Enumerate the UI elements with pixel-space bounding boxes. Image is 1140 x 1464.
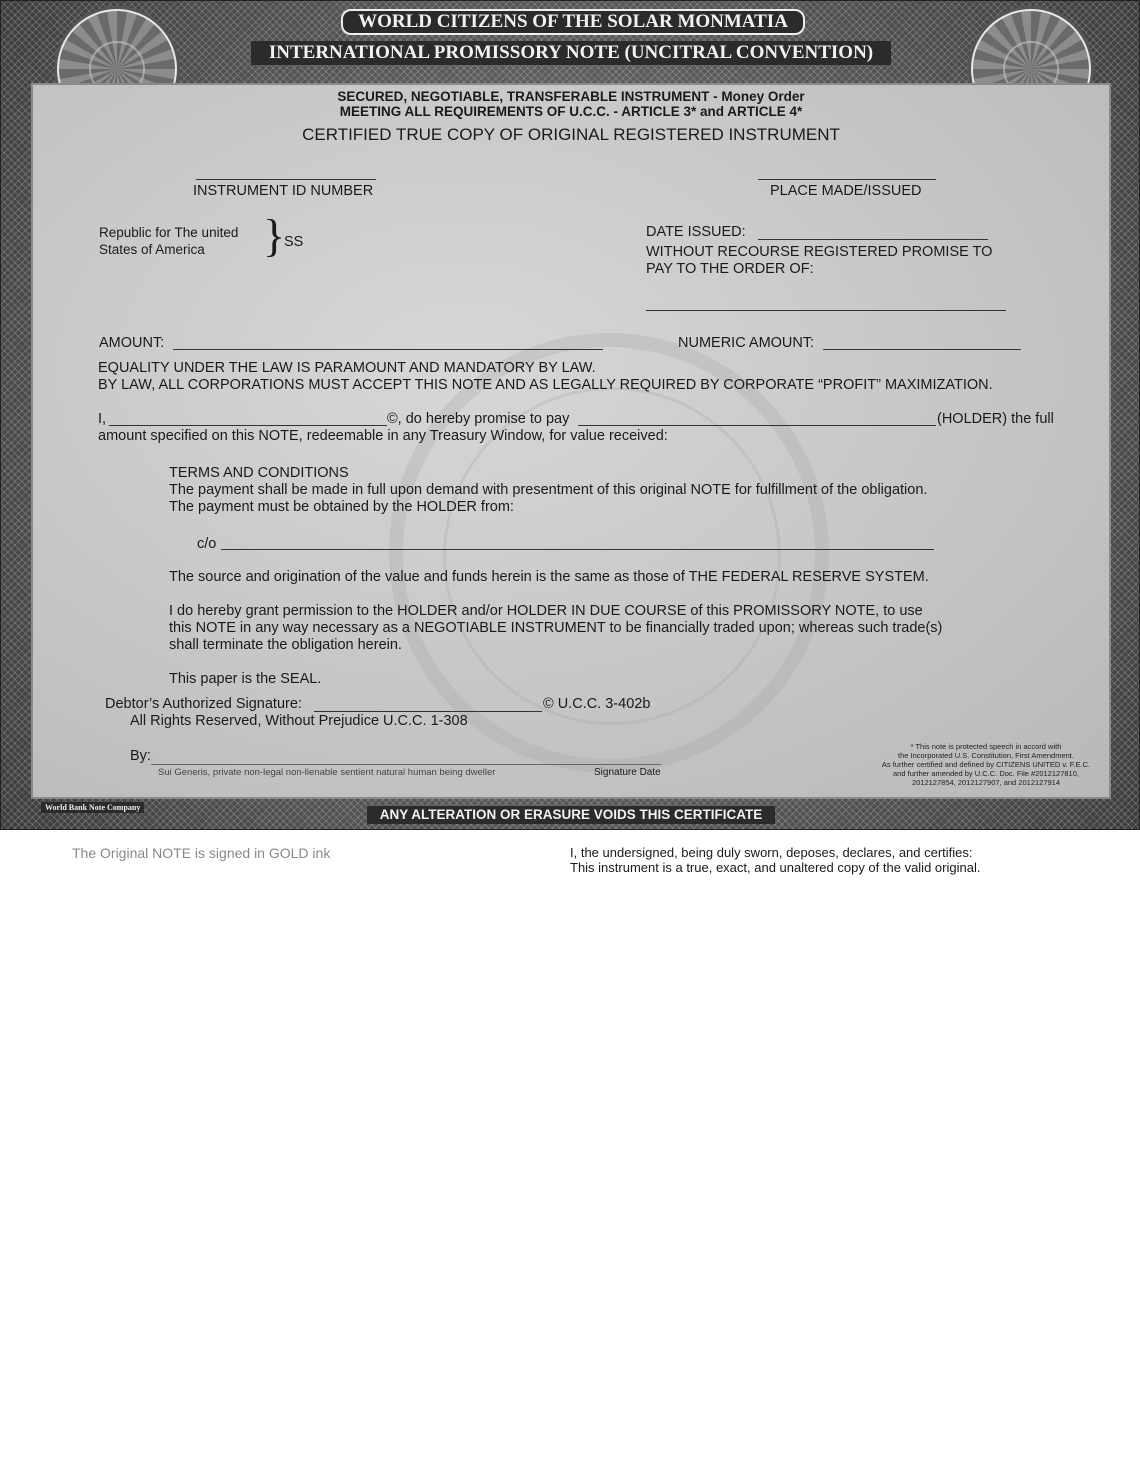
venue-line-1: Republic for The united — [99, 224, 238, 241]
care-of-field[interactable] — [221, 549, 934, 550]
certificate-frame: WORLD CITIZENS OF THE SOLAR MONMATIA INT… — [0, 0, 1140, 830]
amount-label: AMOUNT: — [99, 335, 164, 351]
date-issued-field[interactable] — [758, 239, 988, 240]
header-line-1: SECURED, NEGOTIABLE, TRANSFERABLE INSTRU… — [1, 89, 1140, 104]
promisor-name-field[interactable] — [109, 425, 387, 426]
gold-ink-note: The Original NOTE is signed in GOLD ink — [72, 845, 330, 861]
affidavit-line-2: This instrument is a true, exact, and un… — [570, 860, 980, 875]
terms-line-1: The payment shall be made in full upon d… — [169, 482, 927, 499]
promise-to-pay-block: WITHOUT RECOURSE REGISTERED PROMISE TO P… — [646, 244, 992, 278]
venue-ss: SS — [284, 234, 303, 250]
signature-date-label: Signature Date — [594, 767, 661, 778]
terms-line-2: The payment must be obtained by the HOLD… — [169, 499, 927, 516]
promise-to-pay-line-2: PAY TO THE ORDER OF: — [646, 261, 992, 278]
affidavit-statement: I, the undersigned, being duly sworn, de… — [570, 845, 980, 875]
affidavit-line-1: I, the undersigned, being duly sworn, de… — [570, 845, 980, 860]
venue-block: Republic for The united States of Americ… — [99, 224, 238, 258]
promise-to-pay-line-1: WITHOUT RECOURSE REGISTERED PROMISE TO — [646, 244, 992, 261]
place-issued-label: PLACE MADE/ISSUED — [770, 183, 922, 199]
terms-block: TERMS AND CONDITIONS The payment shall b… — [169, 465, 927, 516]
promise-holder-text: (HOLDER) the full — [937, 411, 1054, 427]
amount-field[interactable] — [173, 349, 603, 350]
footnote-line: 2012127854, 2012127907, and 2012127914 — [881, 778, 1091, 787]
debtor-signature-field[interactable] — [314, 711, 542, 712]
promise-middle-text: ©, do hereby promise to pay — [387, 411, 569, 427]
date-issued-label: DATE ISSUED: — [646, 224, 746, 240]
signature-label: Debtor’s Authorized Signature: — [105, 696, 302, 712]
permission-line-3: shall terminate the obligation herein. — [169, 637, 942, 654]
footnote-line: and further amended by U.C.C. Doc. File … — [881, 769, 1091, 778]
rights-reserved-statement: All Rights Reserved, Without Prejudice U… — [130, 713, 468, 729]
source-statement: The source and origination of the value … — [169, 569, 929, 585]
permission-block: I do hereby grant permission to the HOLD… — [169, 603, 942, 654]
instrument-id-field[interactable] — [196, 179, 376, 180]
care-of-label: c/o — [197, 536, 216, 552]
header-line-2: MEETING ALL REQUIREMENTS OF U.C.C. - ART… — [1, 104, 1140, 119]
terms-title: TERMS AND CONDITIONS — [169, 465, 927, 482]
certificate-subtitle: INTERNATIONAL PROMISSORY NOTE (UNCITRAL … — [251, 41, 891, 65]
numeric-amount-field[interactable] — [823, 349, 1021, 350]
footnote-line: the Incorporated U.S. Constitution, Firs… — [881, 751, 1091, 760]
venue-line-2: States of America — [99, 241, 238, 258]
numeric-amount-label: NUMERIC AMOUNT: — [678, 335, 814, 351]
payee-field[interactable] — [646, 310, 1006, 311]
permission-line-1: I do hereby grant permission to the HOLD… — [169, 603, 942, 620]
certificate-title: WORLD CITIZENS OF THE SOLAR MONMATIA — [341, 9, 805, 35]
place-issued-field[interactable] — [758, 179, 936, 180]
promise-redeemable-text: amount specified on this NOTE, redeemabl… — [98, 428, 668, 444]
certified-copy-heading: CERTIFIED TRUE COPY OF ORIGINAL REGISTER… — [1, 125, 1140, 145]
instrument-header: SECURED, NEGOTIABLE, TRANSFERABLE INSTRU… — [1, 89, 1140, 119]
by-signature-field[interactable] — [151, 764, 661, 765]
footnote-line: * This note is protected speech in accor… — [881, 742, 1091, 751]
alteration-warning-banner: ANY ALTERATION OR ERASURE VOIDS THIS CER… — [367, 806, 775, 824]
equality-statement: EQUALITY UNDER THE LAW IS PARAMOUNT AND … — [98, 360, 993, 394]
footnote-line: As further certified and defined by CITI… — [881, 760, 1091, 769]
permission-line-2: this NOTE in any way necessary as a NEGO… — [169, 620, 942, 637]
printer-imprint: World Bank Note Company — [41, 802, 144, 813]
promise-i-label: I, — [98, 411, 106, 427]
by-label: By: — [130, 748, 151, 764]
protected-speech-footnote: * This note is protected speech in accor… — [881, 742, 1091, 787]
holder-name-field[interactable] — [578, 425, 936, 426]
signature-ucc-reference: © U.C.C. 3-402b — [543, 696, 650, 712]
instrument-id-label: INSTRUMENT ID NUMBER — [193, 183, 373, 199]
equality-line-1: EQUALITY UNDER THE LAW IS PARAMOUNT AND … — [98, 360, 993, 377]
by-caption: Sui Generis, private non-legal non-liena… — [158, 767, 495, 778]
venue-brace: } — [263, 213, 285, 259]
seal-statement: This paper is the SEAL. — [169, 671, 321, 687]
equality-line-2: BY LAW, ALL CORPORATIONS MUST ACCEPT THI… — [98, 377, 993, 394]
